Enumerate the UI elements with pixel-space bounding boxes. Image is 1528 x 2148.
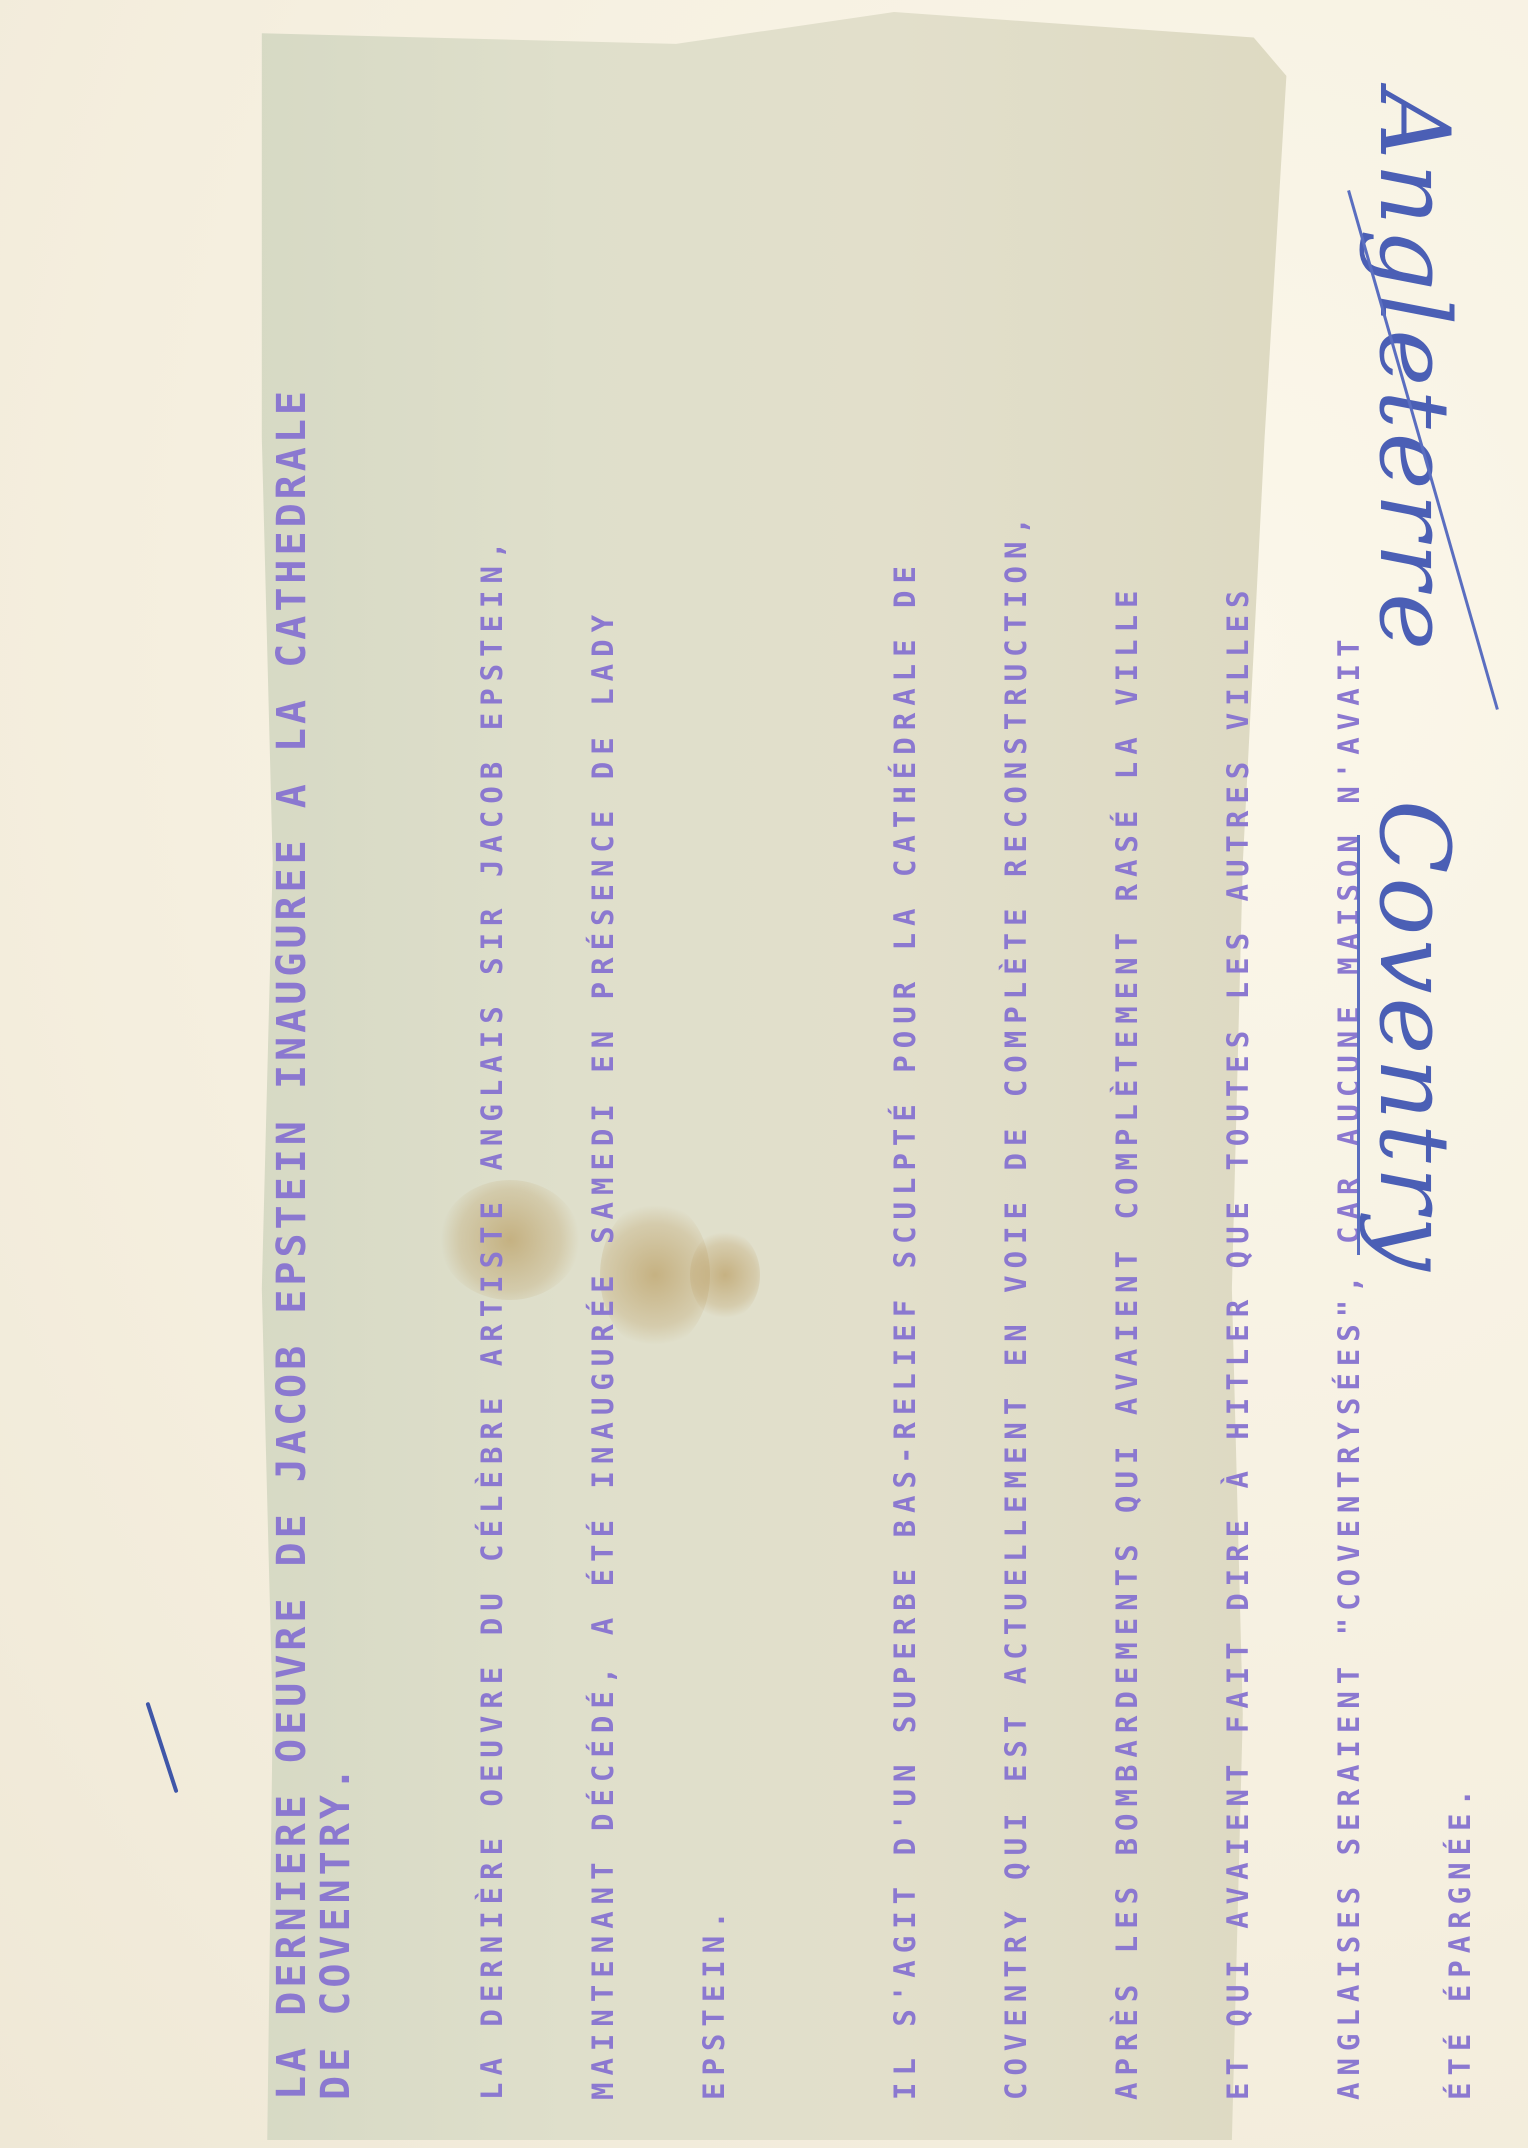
headline: LA DERNIERE OEUVRE DE JACOB EPSTEIN INAU… xyxy=(270,40,358,2100)
text-line: COVENTRY QUI EST ACTUELLEMENT EN VOIE DE… xyxy=(998,40,1035,2100)
text-line: EPSTEIN. xyxy=(696,40,733,2100)
text-line: LA DERNIÈRE OEUVRE DU CÉLÈBRE ARTISTE AN… xyxy=(474,40,511,2100)
text-line: ET QUI AVAIENT FAIT DIRE À HITLER QUE TO… xyxy=(1220,40,1257,2100)
headline-line: DE COVENTRY. xyxy=(314,40,358,2100)
handwritten-angleterre: Angleterre xyxy=(1358,90,1470,654)
text-line: IL S'AGIT D'UN SUPERBE BAS-RELIEF SCULPT… xyxy=(887,40,924,2100)
handwritten-underline xyxy=(1357,835,1360,1255)
handwritten-coventry: Coventry xyxy=(1358,800,1470,1275)
typed-caption: LA DERNIERE OEUVRE DE JACOB EPSTEIN INAU… xyxy=(270,40,1528,2100)
headline-line: LA DERNIERE OEUVRE DE JACOB EPSTEIN INAU… xyxy=(270,40,314,2100)
text-line: APRÈS LES BOMBARDEMENTS QUI AVAIENT COMP… xyxy=(1109,40,1146,2100)
paragraph-intro: LA DERNIÈRE OEUVRE DU CÉLÈBRE ARTISTE AN… xyxy=(400,40,807,2100)
text-line: MAINTENANT DÉCÉDÉ, A ÉTÉ INAUGURÉE SAMED… xyxy=(585,40,622,2100)
